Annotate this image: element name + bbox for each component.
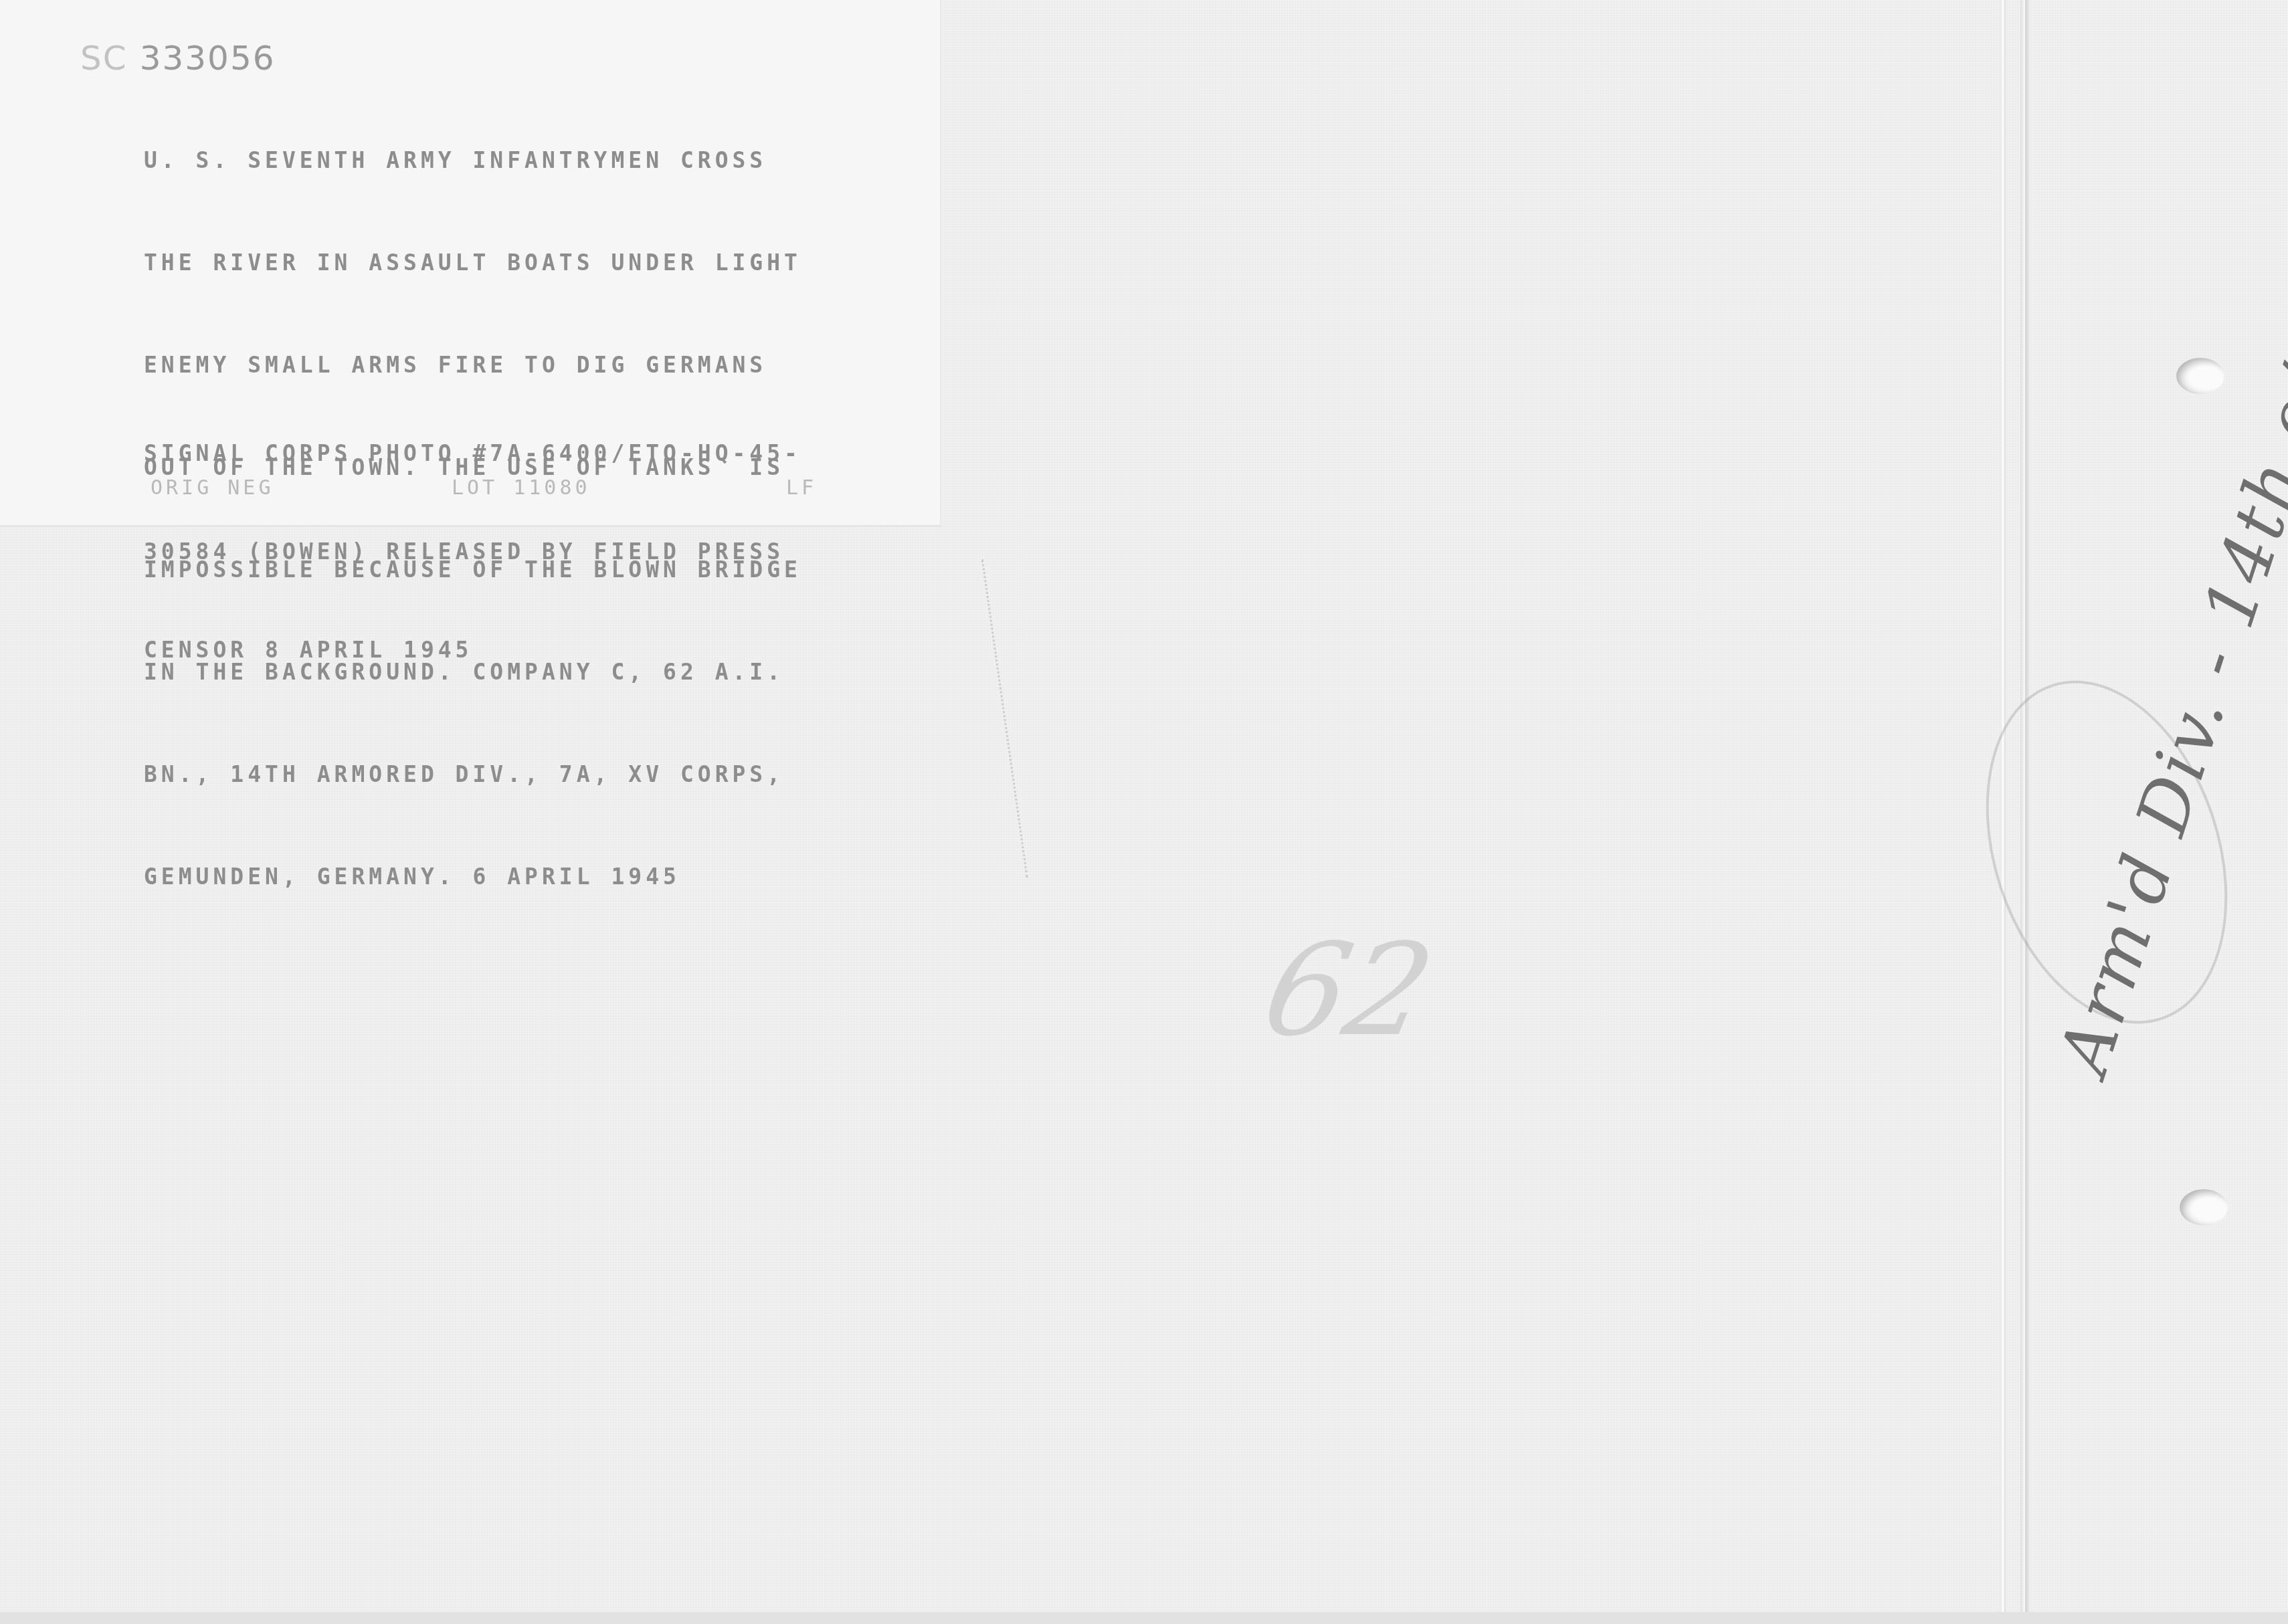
caption-line: BN., 14TH ARMORED DIV., 7A, XV CORPS, bbox=[144, 757, 933, 791]
caption-line: GEMUNDEN, GERMANY. 6 APRIL 1945 bbox=[144, 859, 933, 894]
initials: LF bbox=[786, 476, 817, 500]
scan-bottom-edge bbox=[0, 1612, 2288, 1624]
caption-label: SC333056 U. S. SEVENTH ARMY INFANTRYMEN … bbox=[0, 0, 941, 527]
negative-note: ORIG NEG bbox=[151, 476, 452, 500]
serial-value: 333056 bbox=[140, 39, 276, 78]
serial-prefix: SC bbox=[80, 39, 128, 78]
credit-line: CENSOR 8 APRIL 1945 bbox=[144, 633, 933, 666]
punch-hole-icon bbox=[2180, 1189, 2228, 1225]
credit-text: SIGNAL CORPS PHOTO #7A-6400/ETO-HQ-45- 3… bbox=[144, 371, 933, 732]
caption-line: THE RIVER IN ASSAULT BOATS UNDER LIGHT bbox=[144, 245, 933, 280]
caption-line: U. S. SEVENTH ARMY INFANTRYMEN CROSS bbox=[144, 143, 933, 177]
credit-line: 30584 (BOWEN) RELEASED BY FIELD PRESS bbox=[144, 535, 933, 568]
label-footer: ORIG NEG LOT 11080 LF bbox=[151, 476, 920, 500]
credit-line: SIGNAL CORPS PHOTO #7A-6400/ETO-HQ-45- bbox=[144, 437, 933, 470]
punch-hole-icon bbox=[2176, 358, 2224, 394]
serial-number: SC333056 bbox=[80, 39, 276, 78]
lot-number: LOT 11080 bbox=[452, 476, 786, 500]
pencil-annotation-center: 62 bbox=[1252, 916, 1446, 1064]
